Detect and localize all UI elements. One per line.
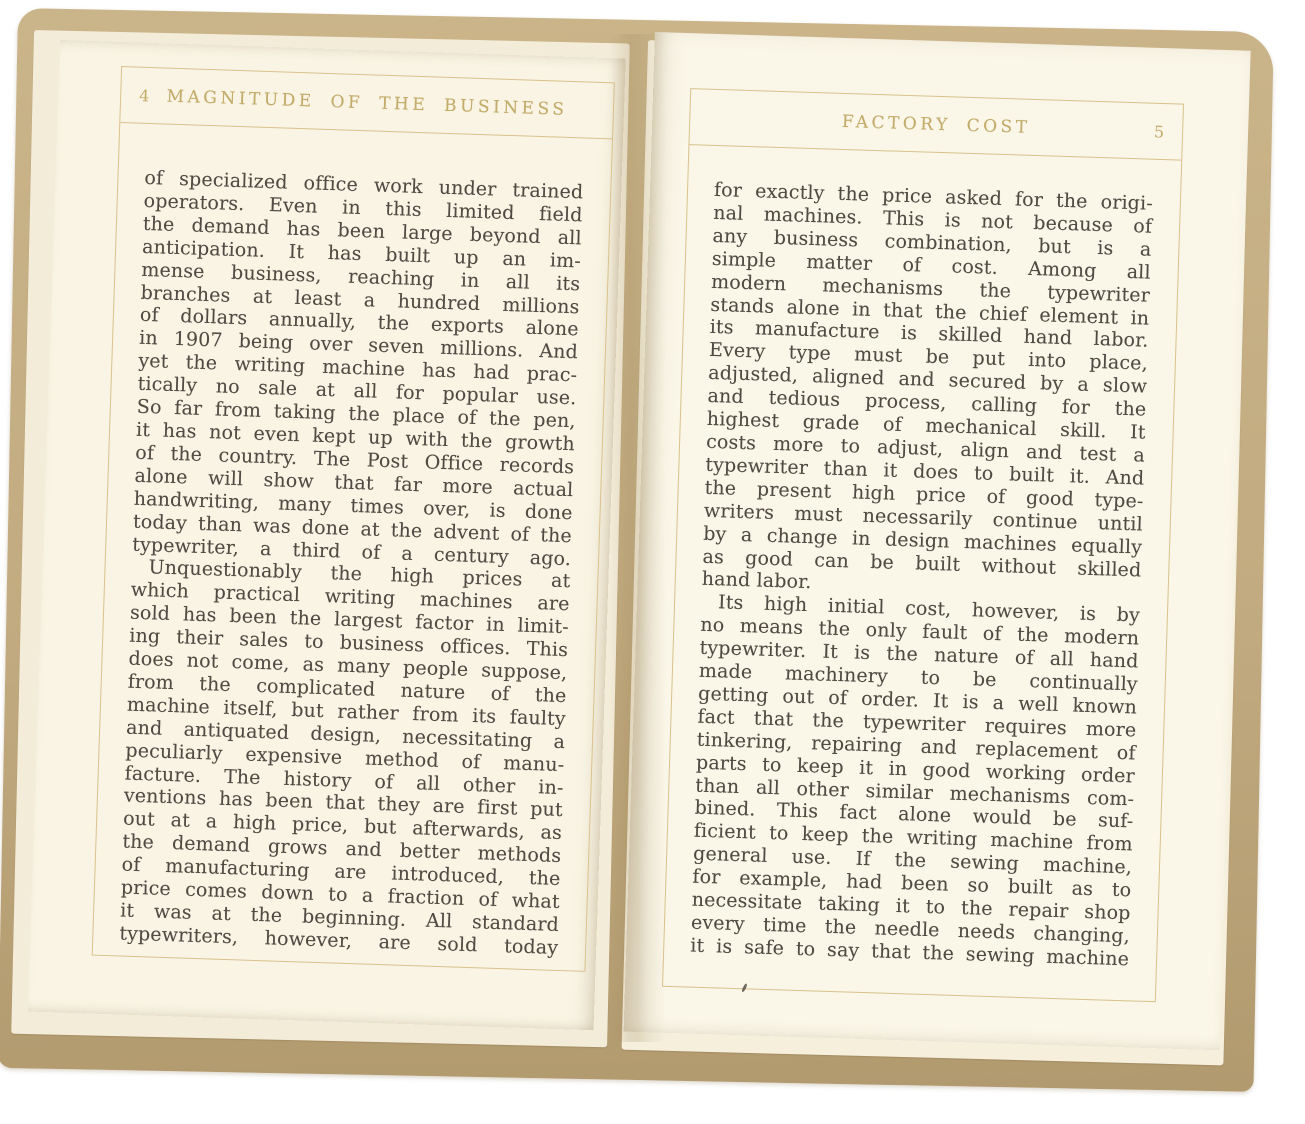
- right-page-frame: FACTORY COST 5 for exactly the price ask…: [662, 88, 1184, 1002]
- paragraph: for exactly the price asked for the orig…: [701, 179, 1153, 605]
- right-page: FACTORY COST 5 for exactly the price ask…: [624, 32, 1251, 1050]
- paragraph: of specialized office work under trained…: [132, 167, 584, 571]
- left-running-head: MAGNITUDE OF THE BUSINESS: [166, 86, 567, 119]
- left-page-frame: 4 MAGNITUDE OF THE BUSINESS of specializ…: [92, 66, 615, 972]
- right-running-head: FACTORY COST: [842, 111, 1031, 137]
- left-page-header: 4 MAGNITUDE OF THE BUSINESS: [120, 67, 614, 139]
- left-page-body: of specialized office work under trained…: [119, 167, 584, 960]
- right-page-number: 5: [1154, 122, 1165, 141]
- left-page: 4 MAGNITUDE OF THE BUSINESS of specializ…: [28, 40, 626, 1030]
- right-page-header: FACTORY COST 5: [689, 89, 1183, 160]
- left-page-number: 4: [139, 86, 150, 105]
- paragraph: Unquestionably the high prices atwhich p…: [119, 556, 571, 960]
- scanned-book-spread: 4 MAGNITUDE OF THE BUSINESS of specializ…: [0, 0, 1305, 1124]
- paragraph: Its high initial cost, however, is byno …: [690, 591, 1140, 971]
- right-page-body: for exactly the price asked for the orig…: [690, 179, 1153, 971]
